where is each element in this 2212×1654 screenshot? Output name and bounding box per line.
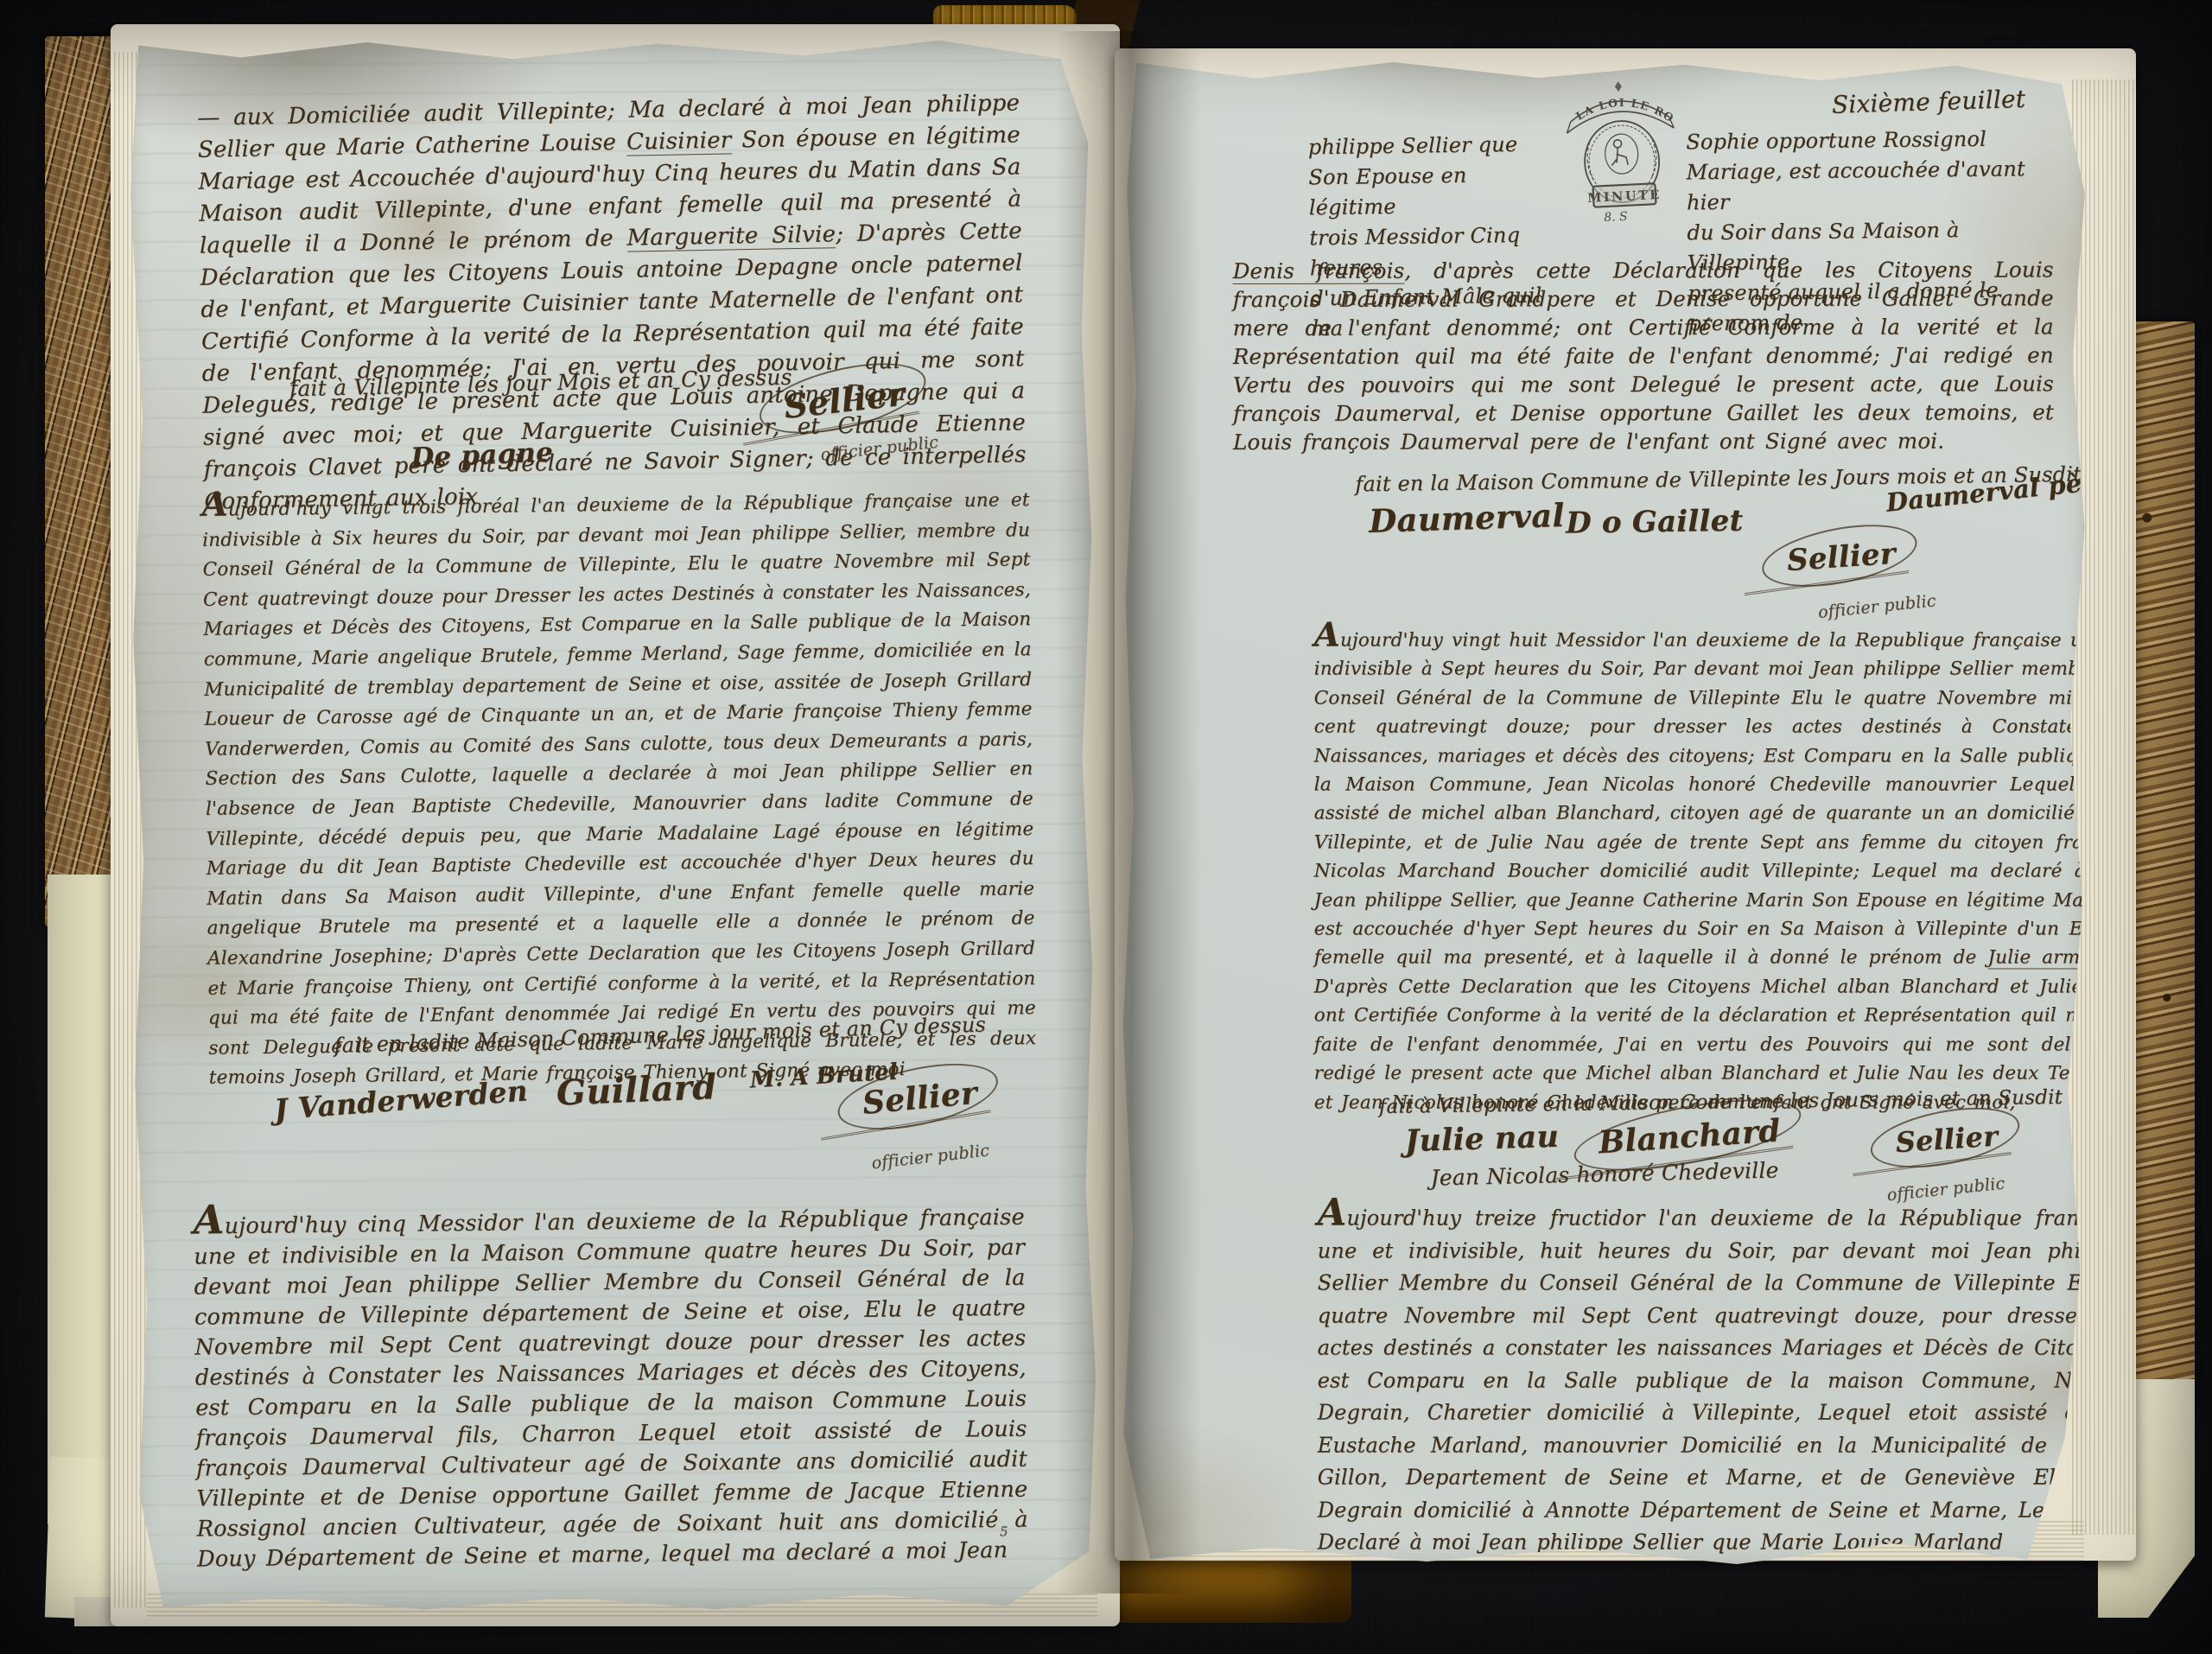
folio-page-number: 5 <box>1000 1524 1008 1539</box>
left-closing-line-1: fait à Villepinte les jour Mois et an Cy… <box>289 365 792 402</box>
right-paragraph-1-body: Denis françois, d'après cette Déclaratio… <box>1233 255 2054 456</box>
officier-public-note: officier public <box>820 433 940 465</box>
officier-public-note-3: officier public <box>1817 591 1937 622</box>
left-page: — aux Domiciliée audit Villepinte; Ma de… <box>124 32 1103 1621</box>
signature-sellier-3: Sellier <box>1786 537 1897 578</box>
right-paragraph-3: Aujourd'huy treize fructidor l'an deuxie… <box>1318 1198 2134 1559</box>
signature-guillard: Guillard <box>556 1066 717 1114</box>
page-edges-right <box>2072 80 2134 1535</box>
left-paragraph-2: Aujourd'huy vingt trois floréal l'an deu… <box>202 482 1037 1094</box>
minute-revenue-stamp: LA LOI LE ROI MINUTE 8. S <box>1554 79 1689 230</box>
signature-julie-nau: Julie nau <box>1404 1119 1560 1160</box>
signature-sellier-4: Sellier <box>1895 1120 1999 1160</box>
entry-heading-depagne: De pagne <box>410 437 554 474</box>
right-page: Sixième feuillet LA LOI LE ROI <box>1116 54 2091 1574</box>
left-paragraph-3: Aujourd'huy cinq Messidor l'an deuxieme … <box>194 1195 1029 1575</box>
signature-sellier: Sellier <box>782 374 907 426</box>
signature-daumerval: Daumerval <box>1369 496 1566 540</box>
officier-public-note-2: officier public <box>871 1141 991 1173</box>
folio-label: Sixième feuillet <box>1831 85 2025 119</box>
signature-blanchard: Blanchard <box>1598 1112 1782 1161</box>
archival-photo-backdrop: — aux Domiciliée audit Villepinte; Ma de… <box>0 0 2212 1654</box>
signature-brutel: M. A Brutel <box>749 1059 899 1094</box>
signature-vanderwerden: J Vanderwerden <box>273 1073 529 1126</box>
stamp-series-text: 8. S <box>1604 210 1628 225</box>
stamp-graphic: LA LOI LE ROI MINUTE 8. S <box>1554 79 1689 230</box>
signature-gaillet: D o Gaillet <box>1566 504 1744 541</box>
signature-sellier-2: Sellier <box>861 1075 979 1122</box>
seated-figure-icon <box>1611 139 1628 165</box>
signature-chedeville: Jean Nicolas honoré Chedeville <box>1430 1157 1779 1190</box>
right-paragraph-2: Aujourd'huy vingt huit Messidor l'an deu… <box>1314 622 2133 1116</box>
fleur-icon <box>1615 81 1623 92</box>
left-closing-line-2: fait en ladite Maison Commune les jour m… <box>334 1013 986 1058</box>
left-paragraph-1: — aux Domiciliée audit Villepinte; Ma de… <box>197 87 1027 518</box>
